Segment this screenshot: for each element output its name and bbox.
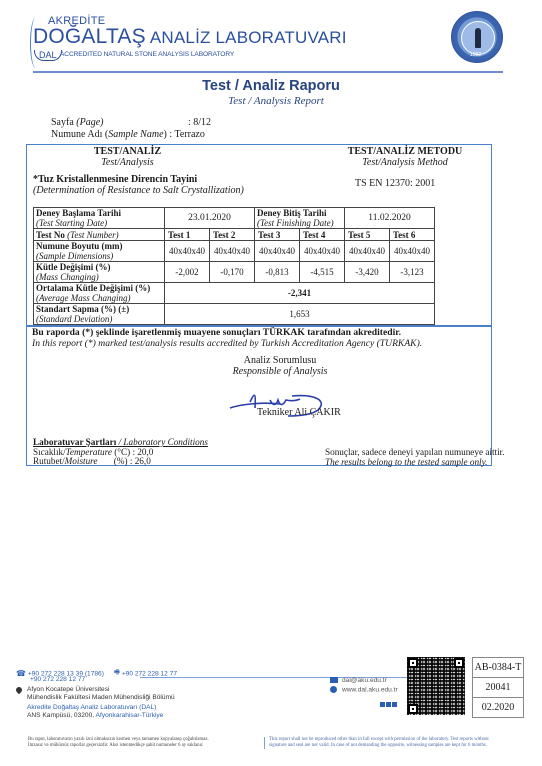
legal-note-tr: Bu rapor, laboratuvarın yazılı izni olma… xyxy=(28,737,209,749)
table-row: Numune Boyutu (mm)(Sample Dimensions) 40… xyxy=(34,241,435,262)
report-subtitle: Test / Analysis Report xyxy=(0,95,542,107)
lab-conditions-heading: Laboratuvar Şartları / Laboratory Condit… xyxy=(33,437,208,447)
address-line-2: Mühendislik Fakültesi Maden Mühendisliği… xyxy=(27,694,175,701)
accreditation-note: Bu raporda (*) şeklinde işaretlenmiş mua… xyxy=(32,327,422,349)
fax-icon: 🖷 xyxy=(114,668,120,679)
email-link[interactable]: dal@aku.edu.tr xyxy=(342,677,387,684)
qr-code-icon[interactable] xyxy=(407,657,465,715)
report-title: Test / Analiz Raporu xyxy=(0,78,542,94)
university-seal-icon: 1992 xyxy=(451,11,503,63)
twitter-icon[interactable] xyxy=(386,702,391,707)
document-date: 02.2020 xyxy=(473,698,524,718)
address-line-3: Akredite Doğaltaş Analiz Laboratuvarı (D… xyxy=(27,704,156,711)
test-column-header: TEST/ANALİZ Test/Analysis xyxy=(40,146,215,168)
table-row: Deney Başlama Tarihi(Test Starting Date)… xyxy=(34,208,435,229)
moisture-row: Rutubet/Moisture (%) : 26,0 xyxy=(33,456,151,466)
phone-icon: ☎ xyxy=(16,669,26,678)
table-row: Kütle Değişimi (%)(Mass Changing) -2,002… xyxy=(34,262,435,283)
table-row: Test No (Test Number) Test 1 Test 2 Test… xyxy=(34,229,435,241)
website-link[interactable]: www.dal.aku.edu.tr xyxy=(342,686,398,693)
page-number: : 8/12 xyxy=(188,117,211,128)
method-column-header: TEST/ANALİZ METODU Test/Analysis Method xyxy=(330,146,480,168)
accreditation-codes: AB-0384-T 20041 02.2020 xyxy=(472,657,524,718)
instagram-icon[interactable] xyxy=(392,702,397,707)
standard-deviation: 1,653 xyxy=(165,304,435,325)
fax-number[interactable]: +90 272 228 12 77 xyxy=(122,670,177,677)
start-date: 23.01.2020 xyxy=(165,208,255,229)
phone-number-2[interactable]: +90 272 228 12 77 xyxy=(30,676,85,683)
accreditation-number: AB-0384-T xyxy=(473,658,524,678)
average-mass-change: -2,341 xyxy=(165,283,435,304)
logo-subtitle: ACCREDITED NATURAL STONE ANALYSIS LABORA… xyxy=(60,51,234,58)
analyst-name: Tekniker Ali ÇAKIR xyxy=(257,407,341,418)
document-number: 20041 xyxy=(473,678,524,698)
sample-name-row: Numune Adı (Sample Name) : Terrazo xyxy=(51,129,205,140)
globe-icon xyxy=(330,686,337,693)
lab-logo: AKREDİTE DOĞALTAŞ ANALİZ LABORATUVARI DA… xyxy=(30,14,290,70)
results-table: Deney Başlama Tarihi(Test Starting Date)… xyxy=(33,207,435,325)
header-divider xyxy=(33,71,503,73)
logo-dal: DAL xyxy=(34,50,62,61)
results-note: Sonuçlar, sadece deneyi yapılan numuneye… xyxy=(325,447,487,467)
legal-note-en: This report shall not be reproduced othe… xyxy=(264,737,489,749)
email-icon xyxy=(330,677,338,683)
table-row: Ortalama Kütle Değişimi (%)(Average Mass… xyxy=(34,283,435,304)
test-method: TS EN 12370: 2001 xyxy=(355,178,435,189)
location-pin-icon xyxy=(15,686,23,694)
table-row: Standart Sapma (%) (±)(Standard Deviatio… xyxy=(34,304,435,325)
address-line-4: ANS Kampüsü, 03200, Afyonkarahisar-Türki… xyxy=(27,712,163,719)
finish-date: 11.02.2020 xyxy=(345,208,435,229)
email-row: dal@aku.edu.tr xyxy=(330,677,387,684)
signature-role: Analiz Sorumlusu Responsible of Analysis xyxy=(0,355,542,377)
facebook-icon[interactable] xyxy=(380,702,385,707)
logo-main-text: DOĞALTAŞ ANALİZ LABORATUVARI xyxy=(33,25,347,49)
social-icons xyxy=(380,695,397,713)
page-number-row: Sayfa (Page): 8/12 xyxy=(51,117,211,128)
figure-icon xyxy=(475,28,481,48)
website-row: www.dal.aku.edu.tr xyxy=(330,686,398,693)
sample-name: : Terrazo xyxy=(169,129,204,140)
address-line-1: Afyon Kocatepe Üniversitesi xyxy=(27,686,109,693)
test-name: *Tuz Kristallenmesine Direncin Tayini (D… xyxy=(33,174,244,196)
